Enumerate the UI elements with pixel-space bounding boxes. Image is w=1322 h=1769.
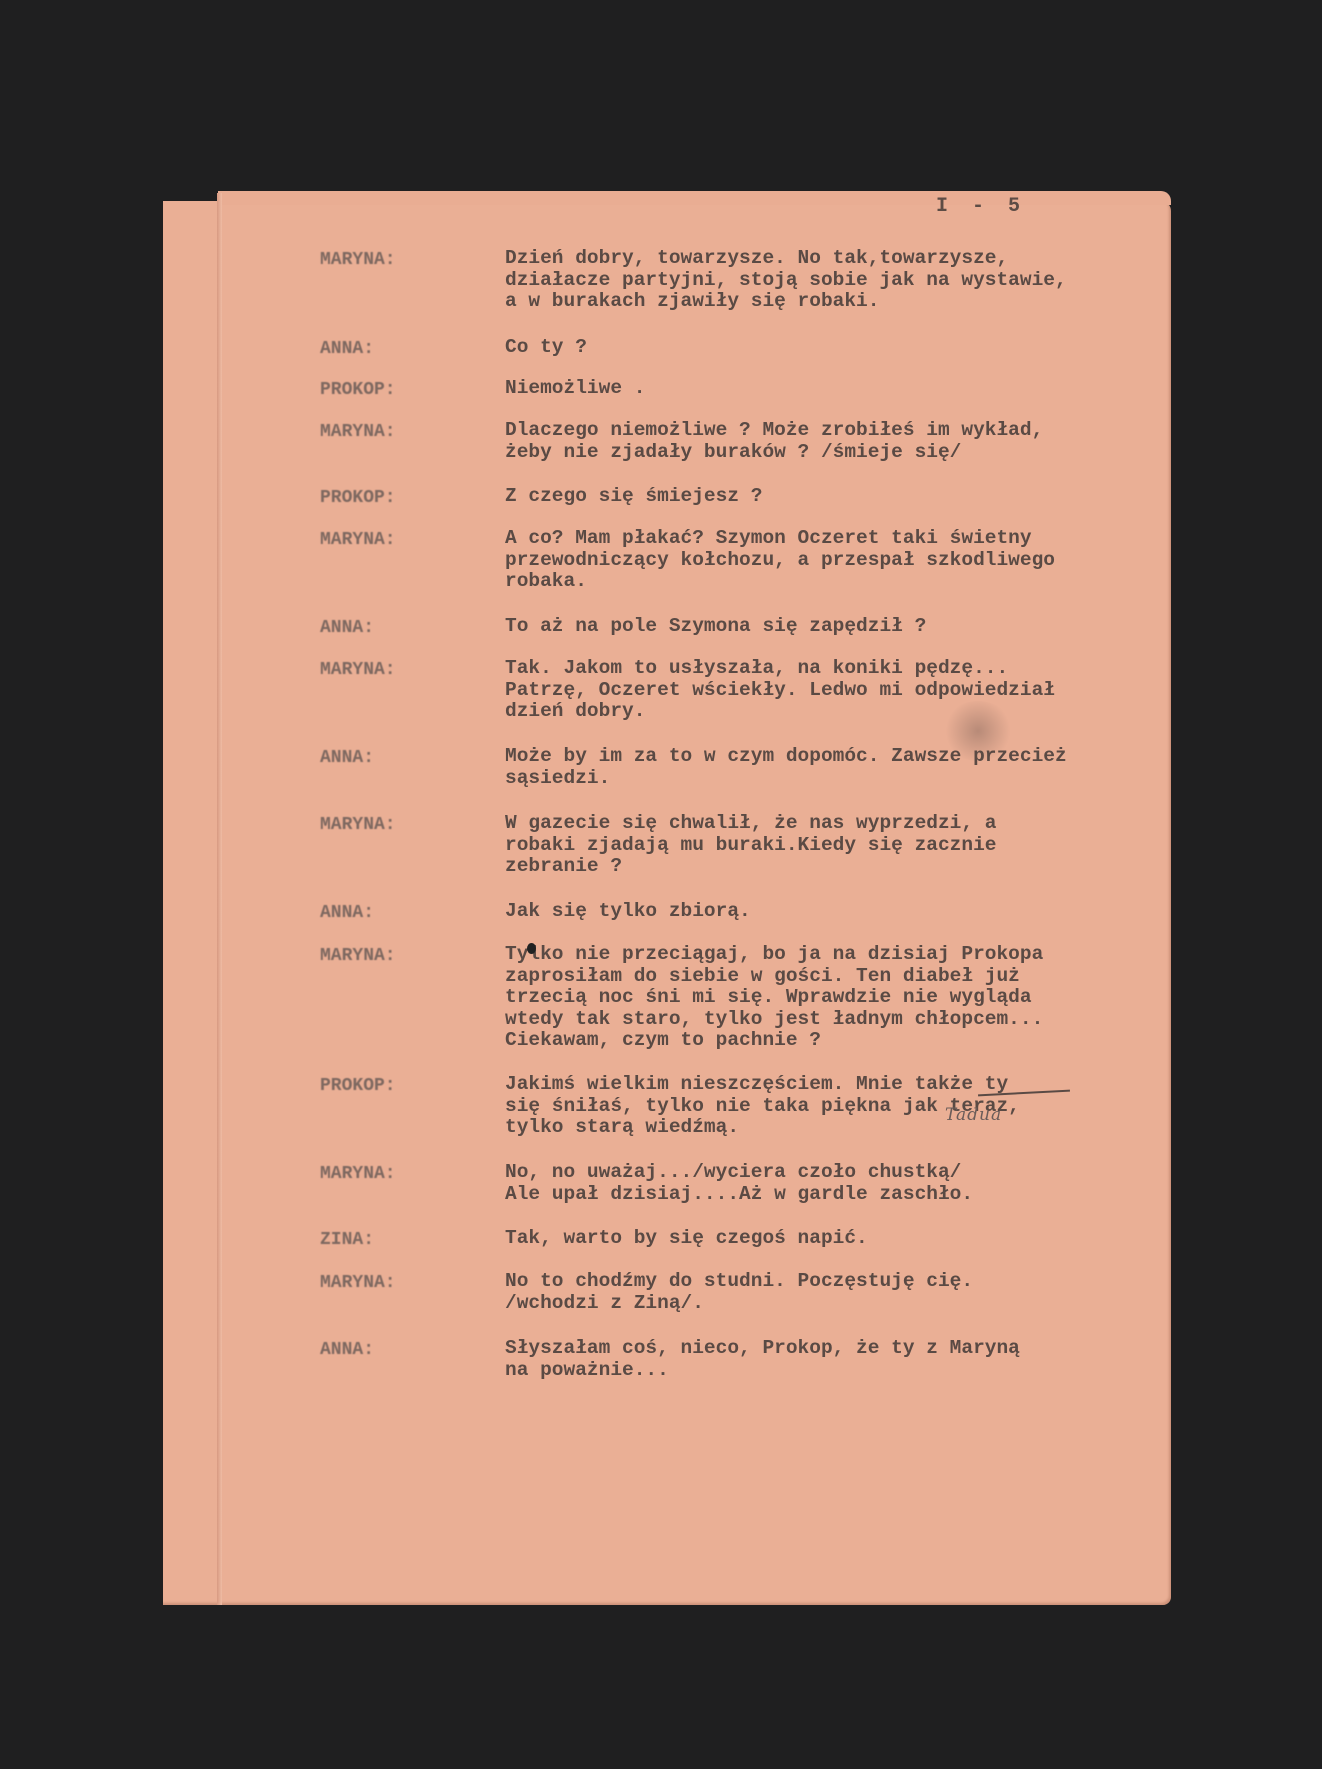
speech-line: na poważnie... [505,1360,1145,1382]
binding-fold [217,193,222,1605]
speaker-label: MARYNA: [320,660,396,680]
speech-line: No to chodźmy do studni. Poczęstuję cię. [505,1271,1145,1293]
speaker-label: ZINA: [320,1230,374,1250]
speaker-label: MARYNA: [320,1273,396,1293]
speech-text: Z czego się śmiejesz ? [505,486,1145,508]
speech-line: przewodniczący kołchozu, a przespał szko… [505,550,1145,572]
speech-line: dzień dobry. [505,701,1145,723]
speech-text: Niemożliwe . [505,378,1145,400]
speech-text: A co? Mam płakać? Szymon Oczeret taki św… [505,528,1145,593]
speech-line: Co ty ? [505,337,1145,359]
page-number: I - 5 [936,195,1026,218]
speaker-label: MARYNA: [320,530,396,550]
speaker-label: ANNA: [320,339,374,359]
speech-line: robaka. [505,571,1145,593]
speech-line: No, no uważaj.../wyciera czoło chustką/ [505,1162,1145,1184]
speech-text: To aż na pole Szymona się zapędził ? [505,616,1145,638]
speech-text: No to chodźmy do studni. Poczęstuję cię.… [505,1271,1145,1314]
speaker-label: ANNA: [320,618,374,638]
speaker-label: PROKOP: [320,488,396,508]
page-top-edge [218,191,1171,205]
speech-line: Słyszałam coś, nieco, Prokop, że ty z Ma… [505,1338,1145,1360]
speech-text: Dzień dobry, towarzysze. No tak,towarzys… [505,248,1145,313]
speech-text: Dlaczego niemożliwe ? Może zrobiłeś im w… [505,420,1145,463]
speech-line: Dlaczego niemożliwe ? Może zrobiłeś im w… [505,420,1145,442]
speaker-label: PROKOP: [320,1076,396,1096]
speech-text: Jakimś wielkim nieszczęściem. Mnie także… [505,1074,1145,1139]
speech-line: a w burakach zjawiły się robaki. [505,291,1145,313]
speech-line: działacze partyjni, stoją sobie jak na w… [505,270,1145,292]
speech-line: robaki zjadają mu buraki.Kiedy się zaczn… [505,835,1145,857]
handwritten-note: Tadua [945,1105,1002,1125]
speech-line: żeby nie zjadały buraków ? /śmieje się/ [505,442,1145,464]
speech-line: zebranie ? [505,856,1145,878]
ink-spot [527,943,536,954]
speech-line: Ciekawam, czym to pachnie ? [505,1030,1145,1052]
speaker-label: MARYNA: [320,422,396,442]
speech-line: Dzień dobry, towarzysze. No tak,towarzys… [505,248,1145,270]
speech-line: /wchodzi z Ziną/. [505,1293,1145,1315]
speech-line: A co? Mam płakać? Szymon Oczeret taki św… [505,528,1145,550]
speech-text: Tak. Jakom to usłyszała, na koniki pędzę… [505,658,1145,723]
speech-line: Tak. Jakom to usłyszała, na koniki pędzę… [505,658,1145,680]
speech-line: Może by im za to w czym dopomóc. Zawsze … [505,746,1145,768]
speech-text: No, no uważaj.../wyciera czoło chustką/A… [505,1162,1145,1205]
speech-text: Tak, warto by się czegoś napić. [505,1228,1145,1250]
speech-text: Tylko nie przeciągaj, bo ja na dzisiaj P… [505,944,1145,1052]
speech-line: trzecią noc śni mi się. Wprawdzie nie wy… [505,987,1145,1009]
speech-line: Jak się tylko zbiorą. [505,901,1145,923]
speaker-label: ANNA: [320,903,374,923]
speech-line: Tak, warto by się czegoś napić. [505,1228,1145,1250]
speaker-label: MARYNA: [320,946,396,966]
speech-line: się śniłaś, tylko nie taka piękna jak te… [505,1096,1145,1118]
speech-text: Jak się tylko zbiorą. [505,901,1145,923]
speaker-label: MARYNA: [320,1164,396,1184]
speech-line: Tylko nie przeciągaj, bo ja na dzisiaj P… [505,944,1145,966]
speech-line: sąsiedzi. [505,768,1145,790]
speaker-label: MARYNA: [320,815,396,835]
speaker-label: MARYNA: [320,250,396,270]
speech-line: Z czego się śmiejesz ? [505,486,1145,508]
typescript-page: I - 5 MARYNA:Dzień dobry, towarzysze. No… [163,201,1171,1605]
speech-text: Może by im za to w czym dopomóc. Zawsze … [505,746,1145,789]
speaker-label: ANNA: [320,748,374,768]
speech-line: wtedy tak staro, tylko jest ładnym chłop… [505,1009,1145,1031]
speech-line: Patrzę, Oczeret wściekły. Ledwo mi odpow… [505,680,1145,702]
speech-line: zaprosiłam do siebie w gości. Ten diabeł… [505,966,1145,988]
speech-text: W gazecie się chwalił, że nas wyprzedzi,… [505,813,1145,878]
speech-line: tylko starą wiedźmą. [505,1117,1145,1139]
speech-line: Ale upał dzisiaj....Aż w gardle zaschło. [505,1184,1145,1206]
speech-text: Co ty ? [505,337,1145,359]
speech-line: W gazecie się chwalił, że nas wyprzedzi,… [505,813,1145,835]
speech-line: Niemożliwe . [505,378,1145,400]
speaker-label: ANNA: [320,1340,374,1360]
speech-line: To aż na pole Szymona się zapędził ? [505,616,1145,638]
speaker-label: PROKOP: [320,380,396,400]
speech-text: Słyszałam coś, nieco, Prokop, że ty z Ma… [505,1338,1145,1381]
